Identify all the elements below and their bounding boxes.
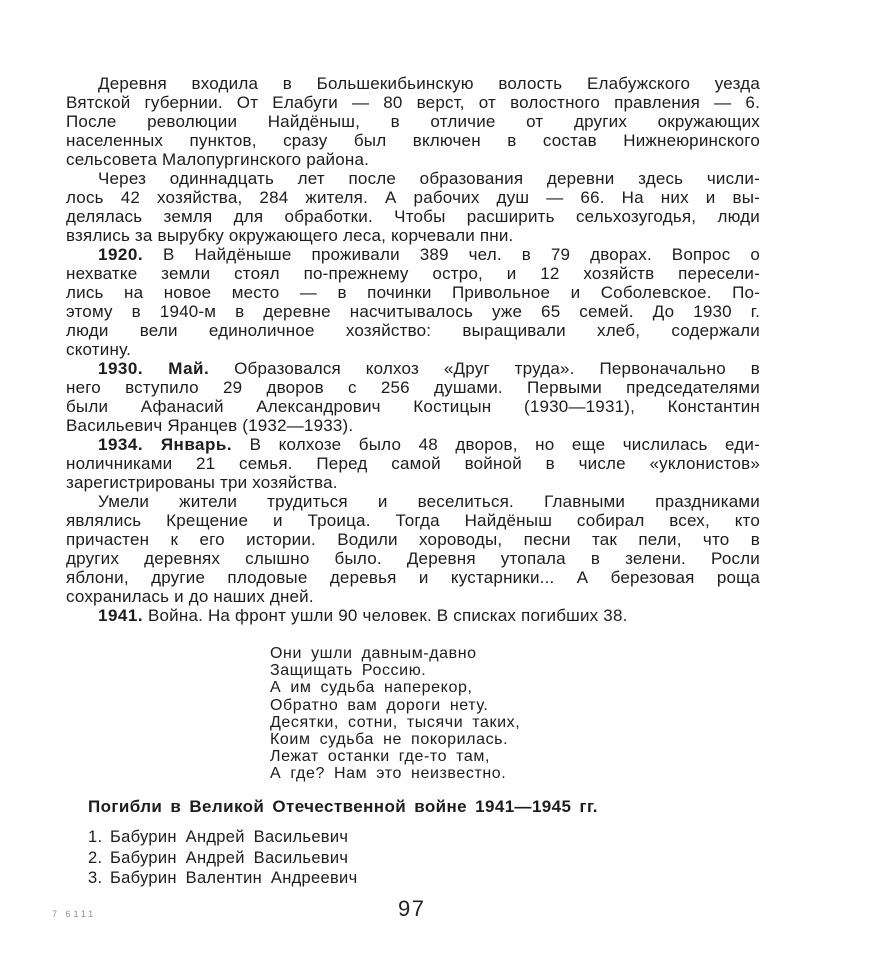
text-line: нехватке земли стоял по-прежнему остро, … [66,264,760,283]
casualty-number: 2. [88,848,110,869]
text-line: 1920. В Найдёныше проживали 389 чел. в 7… [66,245,760,264]
casualty-item: 1.Бабурин Андрей Васильевич [88,827,357,848]
casualty-list: 1.Бабурин Андрей Васильевич2.Бабурин Анд… [88,827,357,889]
text-line: являлись Крещение и Троица. Тогда Найдён… [66,511,760,530]
text-line: Умели жители трудиться и веселиться. Гла… [66,492,760,511]
paragraph: 1930. Май. Образовался колхоз «Друг труд… [66,359,760,435]
poem-line: А им судьба наперекор, [270,679,520,696]
text-line: были Афанасий Александрович Костицын (19… [66,397,760,416]
text-line: 1941. Война. На фронт ушли 90 человек. В… [66,606,760,625]
paragraph: 1934. Январь. В колхозе было 48 дворов, … [66,435,760,492]
date-lead: 1920. [98,245,143,264]
text-line: Васильевич Яранцев (1932—1933). [66,416,760,435]
text-line: населенных пунктов, сразу был включен в … [66,131,760,150]
text-line: зарегистрированы три хозяйства. [66,473,760,492]
text-line: лись на новое место — в починки Привольн… [66,283,760,302]
paragraph: Умели жители трудиться и веселиться. Гла… [66,492,760,606]
casualty-number: 1. [88,827,110,848]
casualty-list-heading: Погибли в Великой Отечественной войне 19… [88,797,598,817]
text-line: яблони, другие плодовые деревья и кустар… [66,568,760,587]
poem-line: Они ушли давным-давно [270,645,520,662]
text-line: 1934. Январь. В колхозе было 48 дворов, … [66,435,760,454]
paragraph: 1920. В Найдёныше проживали 389 чел. в 7… [66,245,760,359]
text-line: Вятской губернии. От Елабуги — 80 верст,… [66,93,760,112]
casualty-number: 3. [88,868,110,889]
page-number: 97 [398,896,425,922]
poem-line: Обратно вам дороги нету. [270,697,520,714]
poem-line: Защищать Россию. [270,662,520,679]
poem-line: Десятки, сотни, тысячи таких, [270,714,520,731]
paragraph: 1941. Война. На фронт ушли 90 человек. В… [66,606,760,625]
casualty-item: 2.Бабурин Андрей Васильевич [88,848,357,869]
poem-line: Лежат останки где-то там, [270,748,520,765]
text-line: делялась земля для обработки. Чтобы расш… [66,207,760,226]
casualty-item: 3.Бабурин Валентин Андреевич [88,868,357,889]
paragraph: Деревня входила в Большекибьинскую волос… [66,74,760,169]
text-line: сельсовета Малопургинского района. [66,150,760,169]
text-line: Деревня входила в Большекибьинскую волос… [66,74,760,93]
text-line: скотину. [66,340,760,359]
casualty-name: Бабурин Андрей Васильевич [110,849,348,867]
book-page: Деревня входила в Большекибьинскую волос… [0,0,888,967]
text-line: этому в 1940-м в деревне насчитывалось у… [66,302,760,321]
text-line: других деревнях слышно было. Деревня уто… [66,549,760,568]
text-line: Через одиннадцать лет после образования … [66,169,760,188]
poem-line: Коим судьба не покорилась. [270,731,520,748]
date-lead: 1941. [98,606,143,625]
poem: Они ушли давным-давноЗащищать Россию.А и… [270,645,520,783]
text-line: лось 42 хозяйства, 284 жителя. А рабочих… [66,188,760,207]
text-line: ноличниками 21 семья. Перед самой войной… [66,454,760,473]
casualty-name: Бабурин Валентин Андреевич [110,869,357,887]
date-lead: 1934. Январь. [98,435,232,454]
casualty-name: Бабурин Андрей Васильевич [110,828,348,846]
date-lead: 1930. Май. [98,359,209,378]
text-line: люди вели единоличное хозяйство: выращив… [66,321,760,340]
poem-line: А где? Нам это неизвестно. [270,765,520,782]
text-line: него вступило 29 дворов с 256 душами. Пе… [66,378,760,397]
text-line: взялись за вырубку окружающего леса, кор… [66,226,760,245]
text-line: 1930. Май. Образовался колхоз «Друг труд… [66,359,760,378]
text-line: сохранилась и до наших дней. [66,587,760,606]
text-line: После революции Найдёныш, в отличие от д… [66,112,760,131]
print-signature-mark: 7 6111 [52,909,96,919]
body-text: Деревня входила в Большекибьинскую волос… [66,74,760,625]
text-line: причастен к его истории. Водили хороводы… [66,530,760,549]
paragraph: Через одиннадцать лет после образования … [66,169,760,245]
